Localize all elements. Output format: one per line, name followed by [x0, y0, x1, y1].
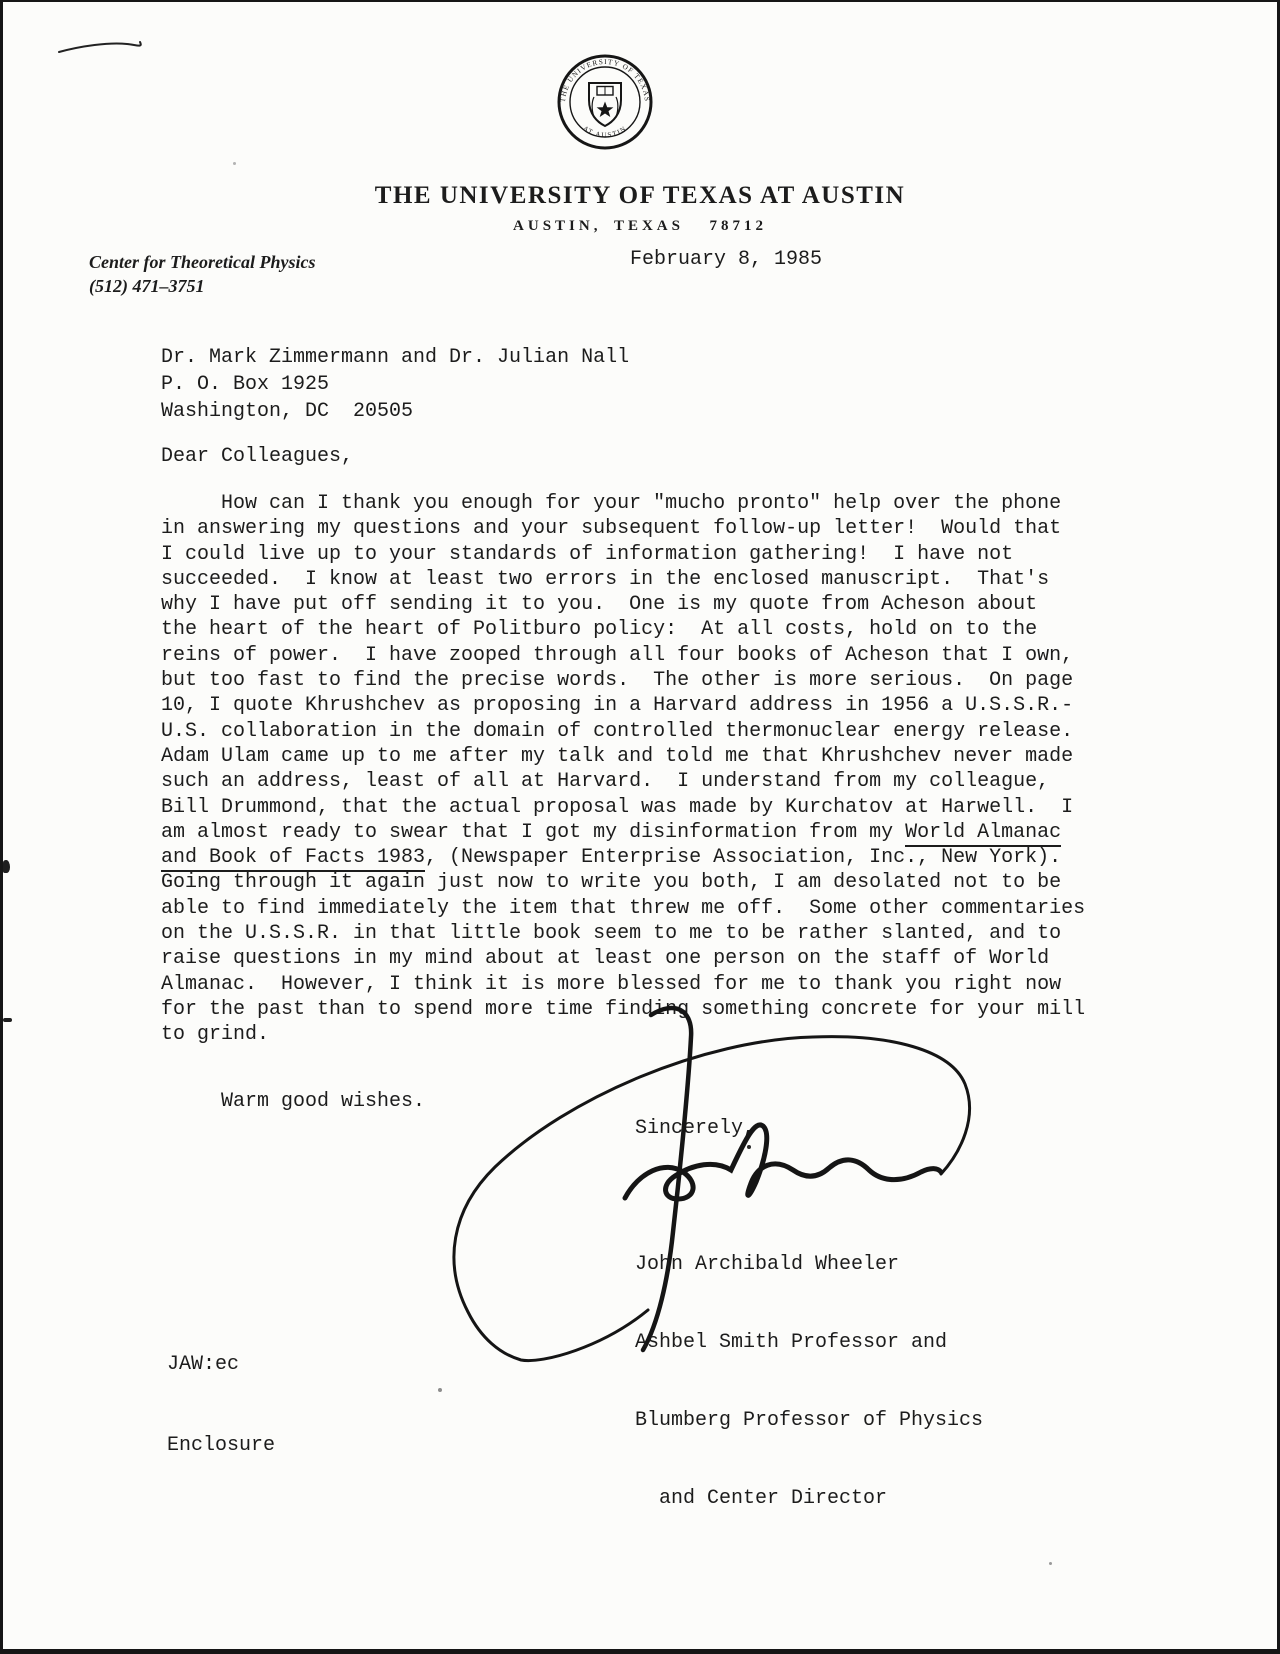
body-text: , (Newspaper Enterprise Association, Inc… [425, 846, 1061, 869]
recipient-block: Dr. Mark Zimmermann and Dr. Julian NallP… [161, 344, 629, 425]
underlined-text: and Book of Facts 1983 [161, 846, 425, 872]
signature-title-3: and Center Director [635, 1486, 983, 1512]
body-line: for the past than to spend more time fin… [161, 997, 1085, 1022]
body-line: why I have put off sending it to you. On… [161, 592, 1085, 617]
body-line: but too fast to find the precise words. … [161, 668, 1085, 693]
letterhead-phone: (512) 471–3751 [89, 276, 205, 297]
body-line: I could live up to your standards of inf… [161, 542, 1085, 567]
sincerely-line: Sincerely, [635, 1117, 755, 1140]
signature-block: John Archibald Wheeler Ashbel Smith Prof… [635, 1200, 983, 1564]
body-text: why I have put off sending it to you. On… [161, 593, 1037, 616]
body-line: to grind. [161, 1022, 1085, 1047]
body-text: Going through it again just now to write… [161, 871, 1061, 894]
body-line: raise questions in my mind about at leas… [161, 946, 1085, 971]
body-line: in answering my questions and your subse… [161, 516, 1085, 541]
scan-edge-mark [3, 860, 10, 873]
letterhead-city-line: AUSTIN, TEXAS 78712 [3, 218, 1277, 235]
letter-body: How can I thank you enough for your "muc… [161, 491, 1085, 1048]
body-text: able to find immediately the item that t… [161, 897, 1085, 920]
body-line: and Book of Facts 1983, (Newspaper Enter… [161, 845, 1085, 870]
signature-name: John Archibald Wheeler [635, 1252, 983, 1278]
body-text: the heart of the heart of Politburo poli… [161, 618, 1037, 641]
body-text: am almost ready to swear that I got my d… [161, 821, 905, 844]
signature-title-1: Ashbel Smith Professor and [635, 1330, 983, 1356]
warm-wishes-line: Warm good wishes. [161, 1090, 425, 1113]
body-line: on the U.S.S.R. in that little book seem… [161, 921, 1085, 946]
body-text: Adam Ulam came up to me after my talk an… [161, 745, 1073, 768]
scan-speck [438, 1388, 442, 1392]
body-line: Going through it again just now to write… [161, 870, 1085, 895]
letterhead-university-name: THE UNIVERSITY OF TEXAS AT AUSTIN [3, 182, 1277, 210]
body-text: for the past than to spend more time fin… [161, 998, 1085, 1021]
body-text: How can I thank you enough for your "muc… [161, 492, 1061, 515]
body-line: Adam Ulam came up to me after my talk an… [161, 744, 1085, 769]
scan-speck [1049, 1562, 1052, 1565]
body-line: reins of power. I have zooped through al… [161, 643, 1085, 668]
svg-text:AT AUSTIN: AT AUSTIN [582, 125, 629, 139]
body-text: U.S. collaboration in the domain of cont… [161, 720, 1073, 743]
pen-scribble-mark [51, 32, 147, 62]
body-line: able to find immediately the item that t… [161, 896, 1085, 921]
body-text: in answering my questions and your subse… [161, 517, 1061, 540]
seal-star [597, 102, 614, 118]
underlined-text: World Almanac [905, 821, 1061, 847]
recipient-line: P. O. Box 1925 [161, 371, 629, 398]
letter-date: February 8, 1985 [630, 248, 822, 271]
body-line: succeeded. I know at least two errors in… [161, 567, 1085, 592]
body-line: 10, I quote Khrushchev as proposing in a… [161, 693, 1085, 718]
signature-title-2: Blumberg Professor of Physics [635, 1408, 983, 1434]
body-text: raise questions in my mind about at leas… [161, 947, 1049, 970]
recipient-line: Dr. Mark Zimmermann and Dr. Julian Nall [161, 344, 629, 371]
body-line: Bill Drummond, that the actual proposal … [161, 795, 1085, 820]
body-line: Almanac. However, I think it is more ble… [161, 972, 1085, 997]
body-text: such an address, least of all at Harvard… [161, 770, 1049, 793]
body-text: Almanac. However, I think it is more ble… [161, 973, 1061, 996]
reference-block: JAW:ec Enclosure [167, 1297, 275, 1513]
body-text: but too fast to find the precise words. … [161, 669, 1073, 692]
salutation: Dear Colleagues, [161, 445, 353, 468]
recipient-line: Washington, DC 20505 [161, 398, 629, 425]
body-text: on the U.S.S.R. in that little book seem… [161, 922, 1061, 945]
scan-edge-mark [3, 1018, 12, 1022]
typist-initials: JAW:ec [167, 1351, 275, 1378]
body-line: am almost ready to swear that I got my d… [161, 820, 1085, 845]
seal-ring-top-text: THE UNIVERSITY OF TEXAS [559, 58, 651, 103]
body-line: U.S. collaboration in the domain of cont… [161, 719, 1085, 744]
body-line: the heart of the heart of Politburo poli… [161, 617, 1085, 642]
body-line: How can I thank you enough for your "muc… [161, 491, 1085, 516]
body-line: such an address, least of all at Harvard… [161, 769, 1085, 794]
enclosure-note: Enclosure [167, 1432, 275, 1459]
seal-ring-bottom-text: AT AUSTIN [582, 125, 629, 139]
body-text: reins of power. I have zooped through al… [161, 644, 1073, 667]
body-text: 10, I quote Khrushchev as proposing in a… [161, 694, 1073, 717]
scanned-letter-page: THE UNIVERSITY OF TEXAS AT AUSTIN THE UN… [0, 0, 1280, 1654]
body-text: to grind. [161, 1023, 269, 1046]
body-text: succeeded. I know at least two errors in… [161, 568, 1049, 591]
svg-text:THE UNIVERSITY OF TEXAS: THE UNIVERSITY OF TEXAS [559, 58, 651, 103]
letterhead-department: Center for Theoretical Physics [89, 252, 315, 273]
scan-speck [233, 162, 236, 165]
scan-speck [747, 1145, 751, 1149]
university-seal-icon: THE UNIVERSITY OF TEXAS AT AUSTIN [555, 52, 655, 152]
body-text: I could live up to your standards of inf… [161, 543, 1013, 566]
body-text: Bill Drummond, that the actual proposal … [161, 796, 1073, 819]
